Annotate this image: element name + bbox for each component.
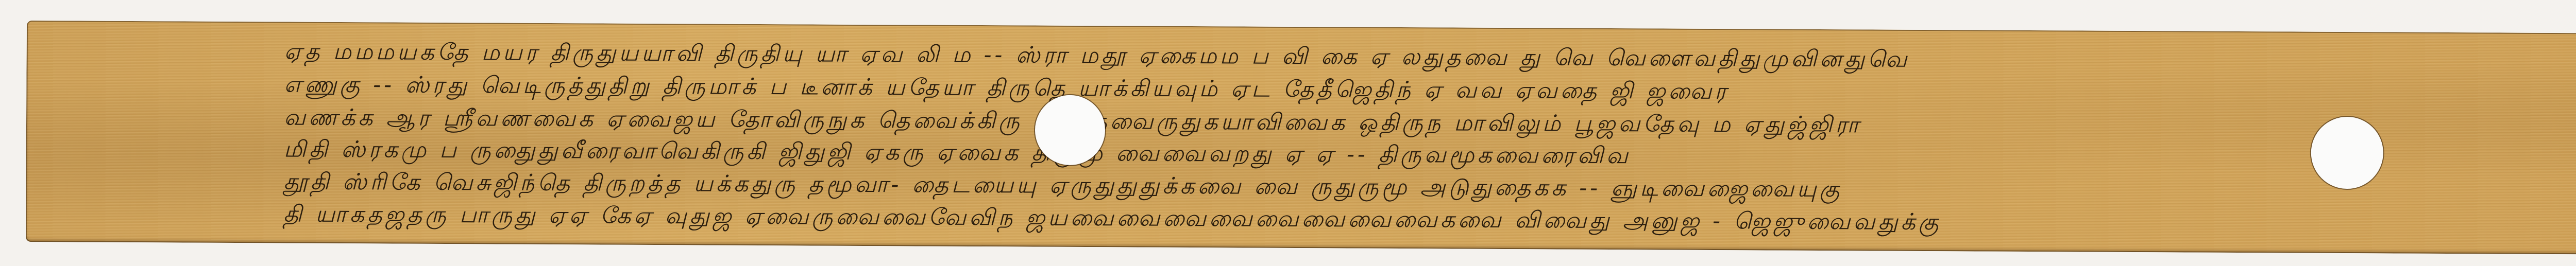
binding-hole-right — [2311, 117, 2383, 189]
manuscript-line-6: தி யாகதஜதரு பாருது ஏஏ கேஏ வுதுஜ ஏவைருவைவ… — [283, 201, 1942, 238]
palm-leaf-manuscript: ஏத மமமயகதே மயர திருதுயயாவி திருதியு யா ஏ… — [26, 21, 2576, 258]
manuscript-line-4: மிதி ஸ்ரகமு ப ருதுைதுவீரைவாவெகிருகி ஜிது… — [284, 136, 1631, 172]
manuscript-line-1: ஏத மமமயகதே மயர திருதுயயாவி திருதியு யா ஏ… — [284, 38, 1910, 75]
binding-hole-left — [1035, 95, 1106, 166]
manuscript-line-2: எணுகு -- ஸ்ரது வெடிருத்துதிறு திருமாக் ப… — [284, 71, 1730, 108]
manuscript-line-5: தூதி ஸ்ரிகே வெசுஜிந்தெ திருறத்த யக்கதுரு… — [283, 168, 1842, 205]
